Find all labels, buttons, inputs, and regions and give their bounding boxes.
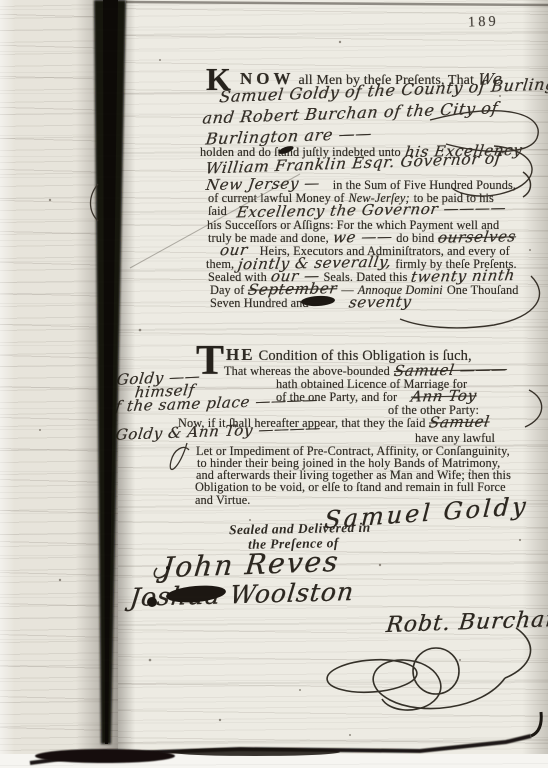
handwritten-segment: Samuel	[428, 414, 491, 430]
print-segment: One Thouſand	[447, 283, 519, 297]
handwritten-segment: seventy	[348, 294, 413, 310]
print-segment: and Virtue.	[195, 493, 250, 507]
witness-signature-joshua-woolston: Joshua Woolston	[129, 579, 356, 610]
print-segment: ſaid	[208, 204, 227, 218]
witness-signature-john-reves: John Reves	[161, 548, 341, 582]
scan-background	[0, 754, 548, 768]
opening-line-16: Seven Hundred and seventy	[210, 295, 411, 311]
page-number: 189	[468, 13, 499, 31]
print-segment: Seven Hundred and	[210, 296, 309, 310]
signature-robert-burchan: Robt. Burchan	[385, 609, 548, 637]
scanned-marriage-bond-document: 189 K NOW all Men by theſe Preſents, Tha…	[0, 0, 548, 768]
condition-line-12: and Virtue.	[195, 492, 250, 508]
print-segment: HE	[226, 345, 255, 364]
adjacent-page-edge	[0, 0, 122, 760]
